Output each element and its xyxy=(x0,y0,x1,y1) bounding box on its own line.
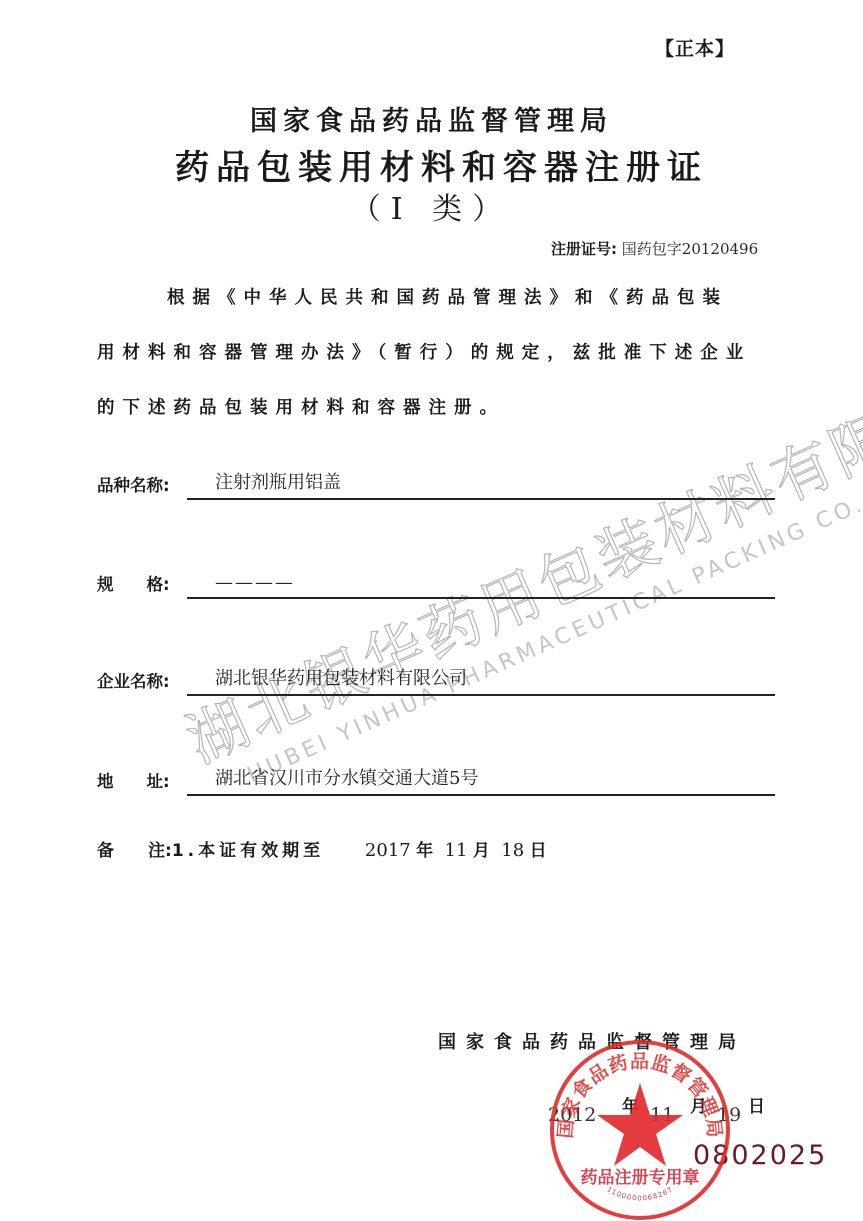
original-copy-mark: 【正本】 xyxy=(655,34,735,61)
certificate-title: 药品包装用材料和容器注册证 xyxy=(0,140,863,189)
day-unit: 日 xyxy=(530,841,547,861)
expiry-year: 2017 xyxy=(365,840,411,861)
field-label: 企业名称: xyxy=(97,668,170,692)
preamble-text: 根据《中华人民共和国药品管理法》和《药品包装 用材料和容器管理办法》（暂行）的规… xyxy=(97,271,787,436)
preamble-line-1: 根据《中华人民共和国药品管理法》和《药品包装 xyxy=(97,271,787,326)
year-unit: 年 xyxy=(416,841,433,861)
underline xyxy=(187,597,775,599)
remarks: 备 注:1.本证有效期至 2017 年 11 月 18 日 xyxy=(97,836,547,861)
expiry-month: 11 xyxy=(445,840,468,861)
agency-title: 国家食品药品监督管理局 xyxy=(0,99,863,138)
field-value: 湖北省汉川市分水镇交通大道5号 xyxy=(215,764,478,790)
field-value: 湖北银华药用包装材料有限公司 xyxy=(215,664,467,690)
issue-day-label: 日 xyxy=(748,1092,765,1117)
registration-number: 注册证号: 国药包字20120496 xyxy=(551,238,758,259)
field-specification: 规 格: ———— xyxy=(97,565,777,599)
certificate-class: （I 类） xyxy=(0,184,863,228)
official-seal-icon: 国家食品药品监督管理局 药品注册专用章 1100000068267 xyxy=(545,1035,735,1221)
field-label: 品种名称: xyxy=(97,472,170,496)
watermark-english: HUBEI YINHUA PHARMACEUTICAL PACKING CO.,… xyxy=(244,456,863,788)
field-label: 规 格: xyxy=(97,571,170,595)
field-company-name: 企业名称: 湖北银华药用包装材料有限公司 xyxy=(97,662,777,696)
underline xyxy=(187,498,775,500)
field-value: ———— xyxy=(215,572,295,593)
expiry-day: 18 xyxy=(501,840,524,861)
preamble-line-2: 用材料和容器管理办法》（暂行）的规定，兹批准下述企业 xyxy=(97,326,787,381)
field-address: 地 址: 湖北省汉川市分水镇交通大道5号 xyxy=(97,762,777,796)
underline xyxy=(187,694,775,696)
field-label: 地 址: xyxy=(97,768,170,792)
month-unit: 月 xyxy=(473,841,490,861)
preamble-line-3: 的下述药品包装用材料和容器注册。 xyxy=(97,381,787,436)
registration-number-label: 注册证号: xyxy=(551,240,617,258)
field-product-name: 品种名称: 注射剂瓶用铝盖 xyxy=(97,466,777,500)
seal-bottom-text: 药品注册专用章 xyxy=(581,1167,700,1188)
field-value: 注射剂瓶用铝盖 xyxy=(215,468,341,494)
underline xyxy=(187,794,775,796)
remarks-item: 1.本证有效期至 xyxy=(172,841,324,861)
remarks-label: 备 注: xyxy=(97,841,172,861)
registration-number-value: 国药包字20120496 xyxy=(622,240,758,258)
